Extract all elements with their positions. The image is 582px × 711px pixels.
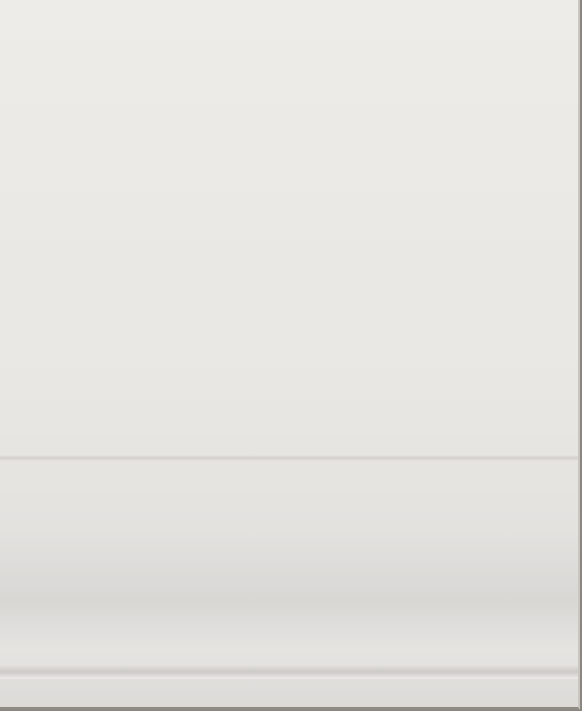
letter-page [0,0,580,710]
marginal-annotation [217,28,313,112]
paper-fold [0,665,578,679]
paper-fold [0,455,578,461]
